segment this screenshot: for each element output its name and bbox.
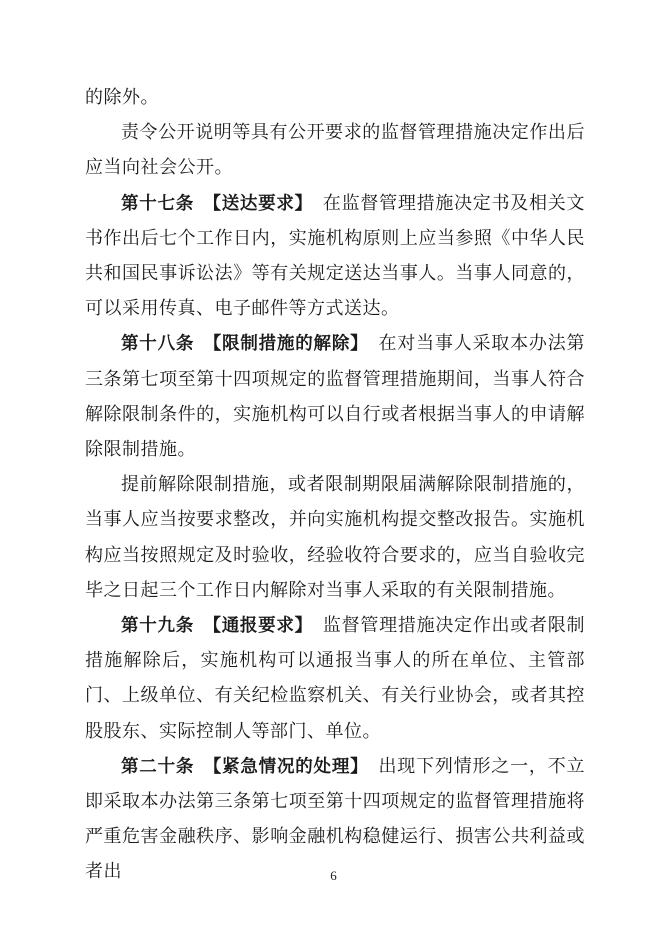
paragraph-text: 的除外。 — [85, 87, 159, 107]
paragraph: 第十七条 【送达要求】 在监督管理措施决定书及相关文书作出后七个工作日内，实施机… — [85, 186, 585, 327]
article-heading: 第二十条 【紧急情况的处理】 — [121, 756, 360, 776]
paragraph: 责令公开说明等具有公开要求的监督管理措施决定作出后应当向社会公开。 — [85, 115, 585, 185]
paragraph: 第十八条 【限制措施的解除】 在对当事人采取本办法第三条第七项至第十四项规定的监… — [85, 326, 585, 467]
paragraph: 的除外。 — [85, 80, 585, 115]
article-heading: 第十七条 【送达要求】 — [121, 193, 304, 213]
paragraph-text: 提前解除限制措施，或者限制期限届满解除限制措施的，当事人应当按要求整改，并向实施… — [85, 474, 585, 600]
paragraph: 第十九条 【通报要求】 监督管理措施决定作出或者限制措施解除后，实施机构可以通报… — [85, 608, 585, 749]
document-body: 的除外。责令公开说明等具有公开要求的监督管理措施决定作出后应当向社会公开。第十七… — [85, 80, 585, 890]
paragraph: 提前解除限制措施，或者限制期限届满解除限制措施的，当事人应当按要求整改，并向实施… — [85, 467, 585, 608]
document-page: 的除外。责令公开说明等具有公开要求的监督管理措施决定作出后应当向社会公开。第十七… — [0, 0, 667, 943]
article-heading: 第十九条 【通报要求】 — [121, 615, 304, 635]
page-number: 6 — [0, 868, 667, 884]
paragraph-text: 责令公开说明等具有公开要求的监督管理措施决定作出后应当向社会公开。 — [85, 122, 585, 177]
article-heading: 第十八条 【限制措施的解除】 — [121, 333, 360, 353]
